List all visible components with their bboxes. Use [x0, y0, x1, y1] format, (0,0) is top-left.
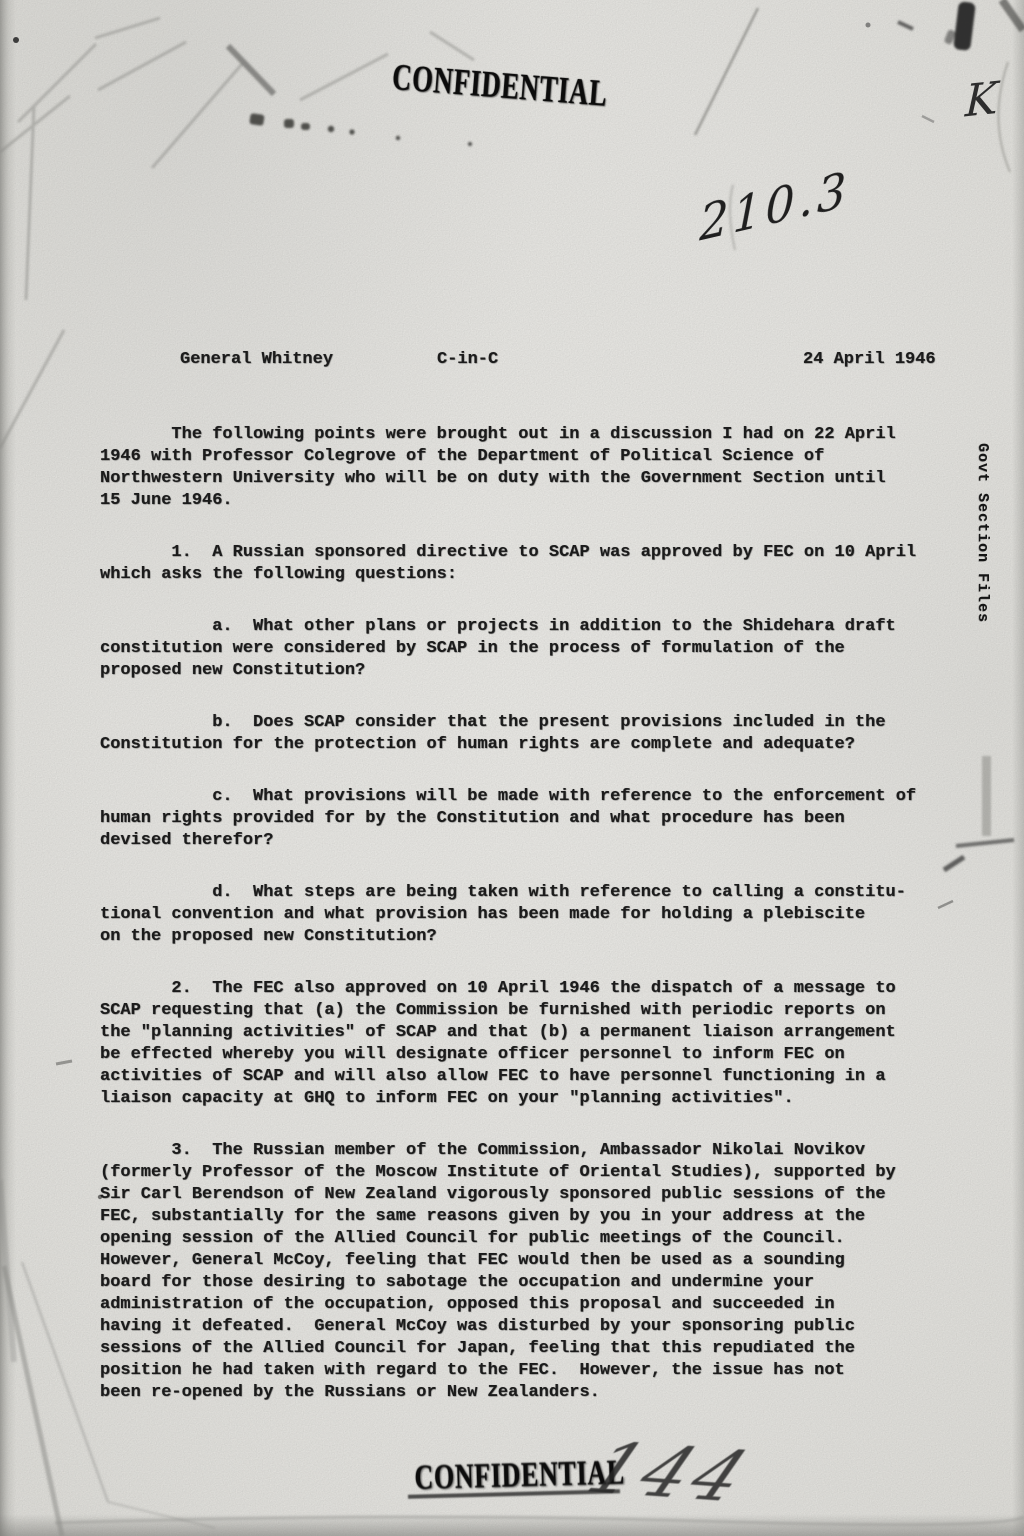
- memo-date: 24 April 1946: [803, 349, 936, 371]
- memo-item-3: 3. The Russian member of the Commission,…: [100, 1140, 980, 1404]
- memo-item-1d: d. What steps are being taken with refer…: [100, 882, 980, 948]
- memo-item-1: 1. A Russian sponsored directive to SCAP…: [100, 542, 980, 586]
- memo-item-1b: b. Does SCAP consider that the present p…: [100, 712, 980, 756]
- memo-item-1a: a. What other plans or projects in addit…: [100, 616, 980, 682]
- memo-position: C-in-C: [437, 349, 498, 371]
- memo-item-1c: c. What provisions will be made with ref…: [100, 786, 980, 852]
- memo-item-2: 2. The FEC also approved on 10 April 194…: [100, 978, 980, 1110]
- memo-paragraph-intro: The following points were brought out in…: [100, 424, 980, 512]
- scanned-memo-page: CONFIDENTIAL 210.3 K General Whitney C-i…: [0, 0, 1024, 1536]
- margin-note-govt-section-files: Govt Section Files: [974, 443, 991, 623]
- memo-addressee: General Whitney: [180, 349, 333, 371]
- memo-body: The following points were brought out in…: [100, 424, 980, 1434]
